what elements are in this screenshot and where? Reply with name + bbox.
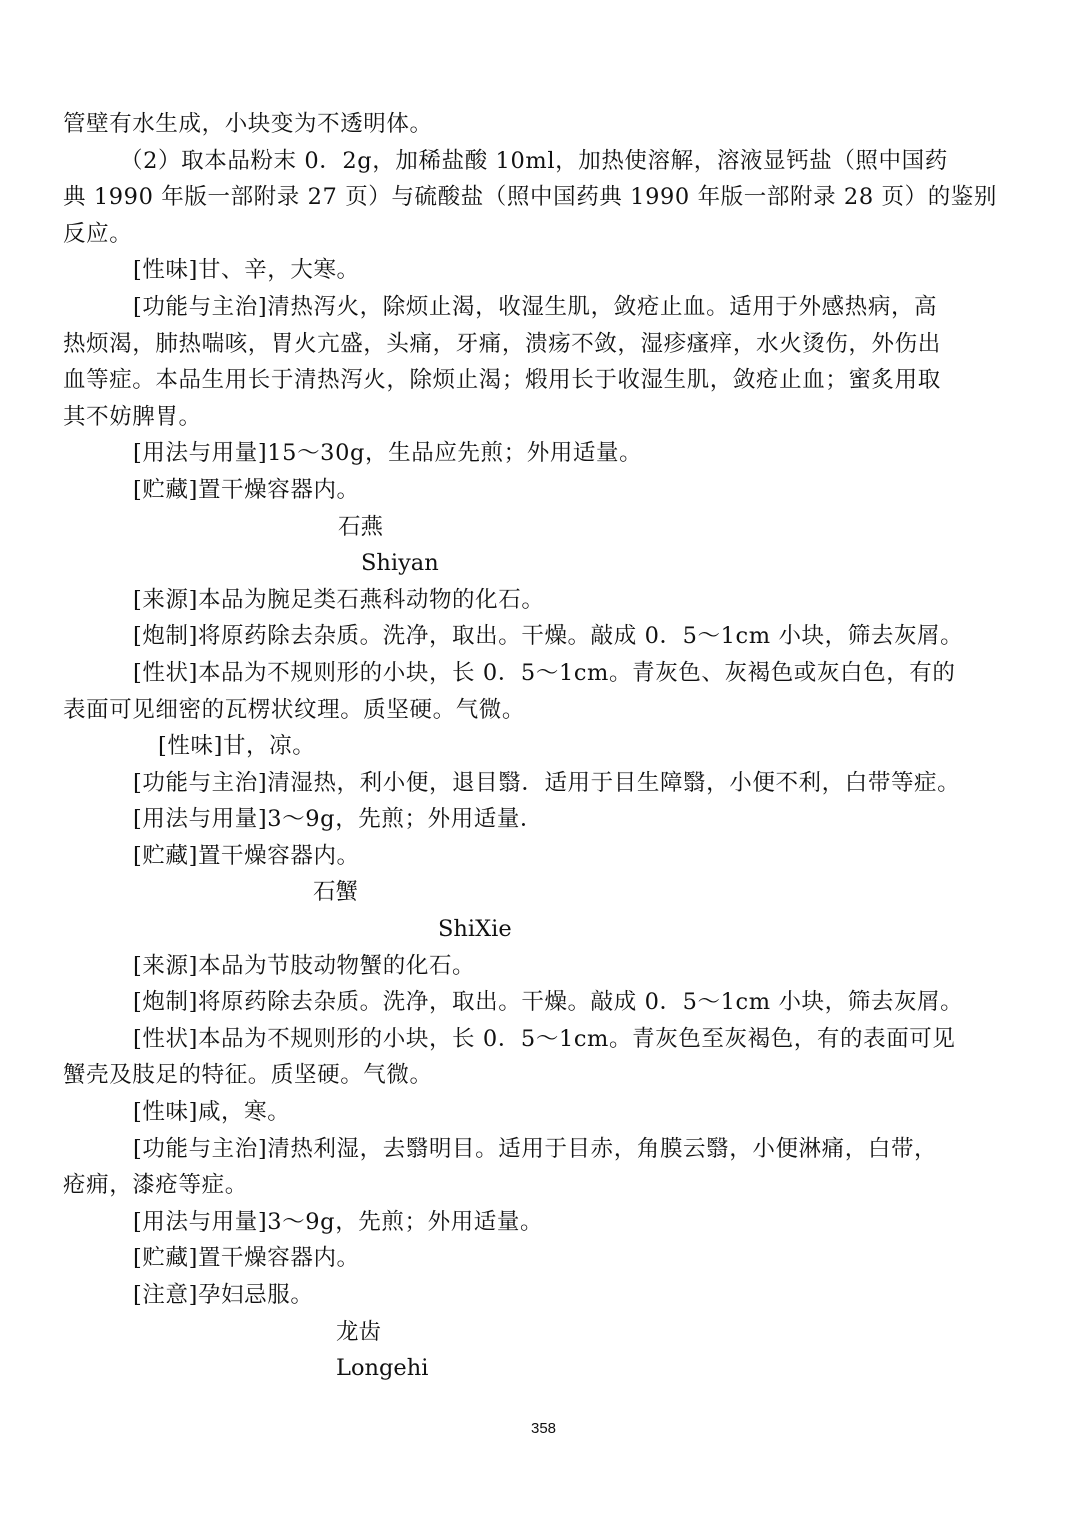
section-title-pinyin: Longehi xyxy=(63,1350,1028,1387)
section-title-cn: 石燕 xyxy=(63,509,1028,546)
text-line: 反应。 xyxy=(63,216,1028,253)
text-line: 血等症。本品生用长于清热泻火，除烦止渴；煅用长于收湿生肌，敛疮止血；蜜炙用取 xyxy=(63,362,1028,399)
text-line: [功能与主治]清热利湿，去翳明目。适用于目赤，角膜云翳，小便淋痛，白带， xyxy=(63,1131,1028,1168)
text-line: [性味]甘，凉。 xyxy=(63,728,1028,765)
text-line: [用法与用量]15～30g，生品应先煎；外用适量。 xyxy=(63,435,1028,472)
text-line: 蟹壳及肢足的特征。质坚硬。气微。 xyxy=(63,1057,1028,1094)
text-line: 管壁有水生成，小块变为不透明体。 xyxy=(63,106,1028,143)
document-page: 管壁有水生成，小块变为不透明体。 （2）取本品粉末 0．2g，加稀盐酸 10ml… xyxy=(63,106,1028,1387)
text-line: [贮藏]置干燥容器内。 xyxy=(63,1240,1028,1277)
page-number: 358 xyxy=(0,1420,1087,1437)
text-line: [注意]孕妇忌服。 xyxy=(63,1277,1028,1314)
text-line: [贮藏]置干燥容器内。 xyxy=(63,838,1028,875)
text-line: [贮藏]置干燥容器内。 xyxy=(63,472,1028,509)
text-line: 疮痈，漆疮等症。 xyxy=(63,1167,1028,1204)
text-line: [功能与主治]清湿热，利小便，退目翳．适用于目生障翳，小便不利，白带等症。 xyxy=(63,765,1028,802)
text-line: [性味]咸，寒。 xyxy=(63,1094,1028,1131)
text-line: （2）取本品粉末 0．2g，加稀盐酸 10ml，加热使溶解，溶液显钙盐（照中国药 xyxy=(63,143,1028,180)
text-line: [炮制]将原药除去杂质。洗净，取出。干燥。敲成 0．5～1cm 小块，筛去灰屑。 xyxy=(63,984,1028,1021)
text-line: [来源]本品为节肢动物蟹的化石。 xyxy=(63,948,1028,985)
text-line: 热烦渴，肺热喘咳，胃火亢盛，头痛，牙痛，溃疡不敛，湿疹瘙痒，水火烫伤，外伤出 xyxy=(63,326,1028,363)
text-line: 典 1990 年版一部附录 27 页）与硫酸盐（照中国药典 1990 年版一部附… xyxy=(63,179,1028,216)
text-line: [功能与主治]清热泻火，除烦止渴，收湿生肌，敛疮止血。适用于外感热病，高 xyxy=(63,289,1028,326)
text-line: 其不妨脾胃。 xyxy=(63,399,1028,436)
section-title-cn: 石蟹 xyxy=(63,874,1028,911)
text-line: [用法与用量]3～9g，先煎；外用适量。 xyxy=(63,1204,1028,1241)
text-line: [来源]本品为腕足类石燕科动物的化石。 xyxy=(63,582,1028,619)
text-line: [性味]甘、辛，大寒。 xyxy=(63,252,1028,289)
text-line: [用法与用量]3～9g，先煎；外用适量． xyxy=(63,801,1028,838)
section-title-pinyin: Shiyan xyxy=(63,545,1028,582)
text-line: 表面可见细密的瓦楞状纹理。质坚硬。气微。 xyxy=(63,692,1028,729)
section-title-pinyin: ShiXie xyxy=(63,911,1028,948)
section-title-cn: 龙齿 xyxy=(63,1314,1028,1351)
text-line: [性状]本品为不规则形的小块，长 0．5～1cm。青灰色、灰褐色或灰白色，有的 xyxy=(63,655,1028,692)
text-line: [性状]本品为不规则形的小块，长 0．5～1cm。青灰色至灰褐色，有的表面可见 xyxy=(63,1021,1028,1058)
text-line: [炮制]将原药除去杂质。洗净，取出。干燥。敲成 0．5～1cm 小块，筛去灰屑。 xyxy=(63,618,1028,655)
